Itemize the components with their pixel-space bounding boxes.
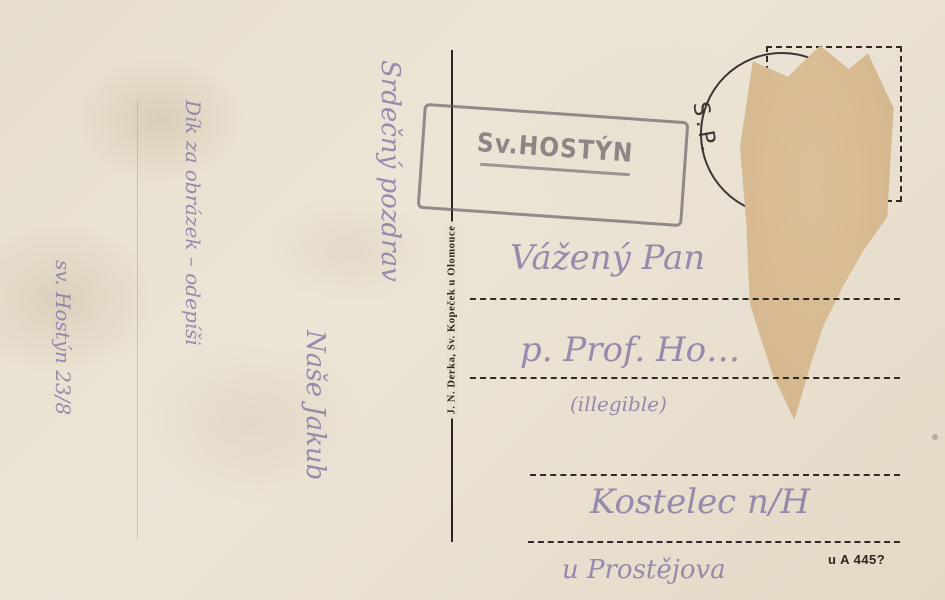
handwritten-message-line-3: Dík za obrázek – odepíši: [181, 100, 205, 346]
handwritten-address-5: u Prostějova: [562, 555, 726, 585]
handwritten-message-line-1: Srdečný pozdrav: [375, 60, 405, 282]
handwritten-address-1: Vážený Pan: [510, 238, 705, 278]
card-number: u A 445?: [828, 552, 885, 567]
pencil-stroke: [137, 100, 138, 540]
handwritten-message-line-2: Naše Jakub: [300, 330, 330, 480]
handwritten-address-4: Kostelec n/H: [590, 482, 810, 522]
handwritten-message-line-4: sv. Hostýn 23/8: [51, 260, 75, 415]
address-line-2: [470, 377, 900, 379]
stain-dot: [932, 434, 938, 440]
handwritten-address-3: (illegible): [570, 392, 667, 416]
publisher-imprint: J. N. Derka, Sv. Kopeček u Olomouce: [447, 222, 458, 419]
postcard-back: Srdečný pozdrav Naše Jakub Dík za obráze…: [0, 0, 945, 600]
torn-stamp-area: [740, 30, 900, 420]
cachet-frame: [417, 103, 690, 227]
address-line-4: [528, 541, 900, 543]
address-line-3: [530, 474, 900, 476]
address-line-1: [470, 298, 900, 300]
handwritten-address-2: p. Prof. Ho…: [520, 330, 740, 370]
